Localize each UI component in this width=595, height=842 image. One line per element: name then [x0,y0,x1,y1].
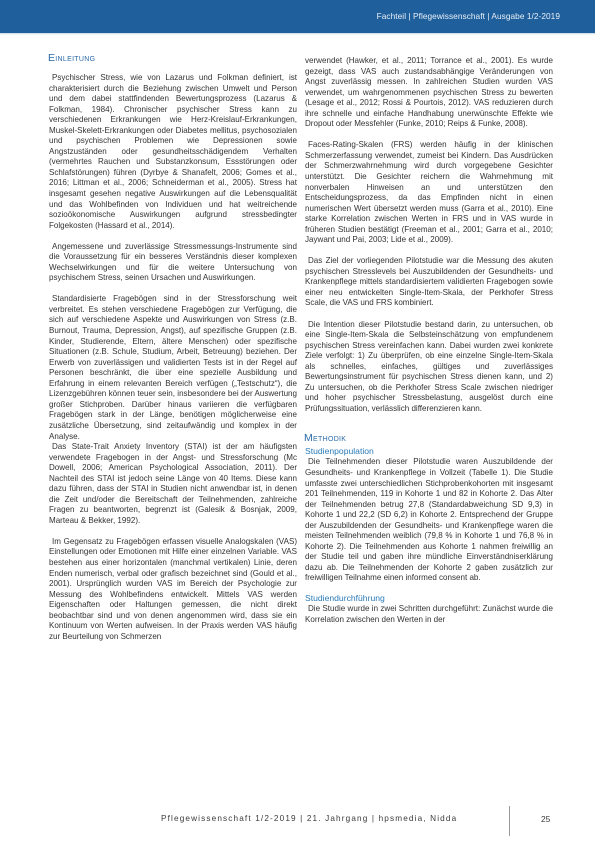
header-divider [0,33,595,35]
page-number: 25 [541,814,550,824]
paragraph: verwendet (Hawker, et al., 2011; Torranc… [305,56,553,130]
left-column: Einleitung Psychischer Stress, wie von L… [49,50,297,642]
section-title-einleitung: Einleitung [48,52,297,64]
paragraph: Psychischer Stress, wie von Lazarus und … [49,73,297,231]
paragraph: Das Ziel der vorliegenden Pilotstudie wa… [305,256,553,309]
section-title-methodik: Methodik [304,432,553,444]
running-title: Fachteil | Pflegewissenschaft | Ausgabe … [377,11,560,21]
paragraph: Die Teilnehmenden dieser Pilotstudie war… [305,457,553,584]
paragraph: Im Gegensatz zu Fragebögen erfassen visu… [49,537,297,642]
paragraph: Standardisierte Fragebögen sind in der S… [49,294,297,442]
footer-journal-line: Pflegewissenschaft 1/2-2019 | 21. Jahrga… [161,814,457,823]
header-bar: Fachteil | Pflegewissenschaft | Ausgabe … [0,0,595,33]
paragraph: Die Intention dieser Pilotstudie bestand… [305,320,553,415]
paragraph: Die Studie wurde in zwei Schritten durch… [305,604,553,625]
paragraph: Angemessene und zuverlässige Stressmessu… [49,242,297,284]
paragraph: Das State-Trait Anxiety Inventory (STAI)… [49,442,297,526]
subsection-title-studiendurchfuehrung: Studiendurchführung [305,593,553,604]
right-column: verwendet (Hawker, et al., 2011; Torranc… [305,56,553,625]
subsection-title-studienpopulation: Studienpopulation [305,446,553,457]
paragraph: Faces-Rating-Skalen (FRS) werden häufig … [305,140,553,245]
footer-divider [509,806,510,836]
